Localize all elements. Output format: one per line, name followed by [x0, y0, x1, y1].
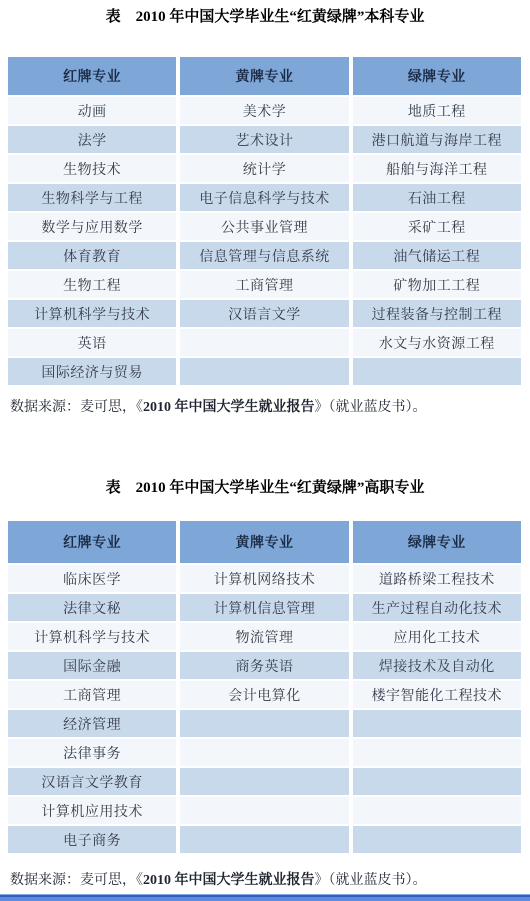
- table-cell: 工商管理: [8, 681, 176, 708]
- table-cell: 过程装备与控制工程: [353, 300, 521, 327]
- source-note-undergraduate: 数据来源：麦可思，《2010 年中国大学生就业报告》（就业蓝皮书）。: [10, 398, 520, 417]
- table-cell: [353, 797, 521, 824]
- header-cell: 绿牌专业: [353, 57, 521, 95]
- table-cell: [180, 710, 348, 737]
- table-cell: 船舶与海洋工程: [353, 155, 521, 182]
- table-cell: [180, 797, 348, 824]
- table-cell: [353, 739, 521, 766]
- table-cell: 法律文秘: [8, 594, 176, 621]
- table-cell: 楼宇智能化工程技术: [353, 681, 521, 708]
- table-cell: 临床医学: [8, 565, 176, 592]
- table-cell: 汉语言文学: [180, 300, 348, 327]
- table-cell: [353, 358, 521, 385]
- source-prefix: 数据来源：麦可思，《: [10, 873, 143, 888]
- table-cell: 计算机应用技术: [8, 797, 176, 824]
- table-vocational: 红牌专业黄牌专业绿牌专业临床医学计算机网络技术道路桥梁工程技术法律文秘计算机信息…: [8, 521, 521, 853]
- table-cell: 道路桥梁工程技术: [353, 565, 521, 592]
- table-cell: 矿物加工工程: [353, 271, 521, 298]
- table-cell: 计算机科学与技术: [8, 300, 176, 327]
- table-cell: 法学: [8, 126, 176, 153]
- table-cell: [180, 739, 348, 766]
- table-cell: 信息管理与信息系统: [180, 242, 348, 269]
- source-book-title: 2010 年中国大学生就业报告: [143, 400, 315, 415]
- table-cell: 物流管理: [180, 623, 348, 650]
- table-cell: 国际经济与贸易: [8, 358, 176, 385]
- table-cell: [180, 768, 348, 795]
- table-title-vocational: 表 2010 年中国大学毕业生“红黄绿牌”高职专业: [0, 480, 530, 497]
- table-cell: 应用化工技术: [353, 623, 521, 650]
- table-cell: 汉语言文学教育: [8, 768, 176, 795]
- table-undergraduate: 红牌专业黄牌专业绿牌专业动画美术学地质工程法学艺术设计港口航道与海岸工程生物技术…: [8, 57, 521, 385]
- source-suffix: 》（就业蓝皮书）。: [315, 873, 427, 888]
- table-cell: [353, 826, 521, 853]
- source-book-title: 2010 年中国大学生就业报告: [143, 873, 315, 888]
- table-cell: 计算机网络技术: [180, 565, 348, 592]
- table-cell: 英语: [8, 329, 176, 356]
- table-section-vocational: 表 2010 年中国大学毕业生“红黄绿牌”高职专业 红牌专业黄牌专业绿牌专业临床…: [0, 480, 530, 890]
- table-cell: 油气储运工程: [353, 242, 521, 269]
- table-cell: 生产过程自动化技术: [353, 594, 521, 621]
- table-cell: [180, 358, 348, 385]
- table-cell: 生物工程: [8, 271, 176, 298]
- table-cell: 统计学: [180, 155, 348, 182]
- table-cell: 艺术设计: [180, 126, 348, 153]
- source-suffix: 》（就业蓝皮书）。: [315, 400, 427, 415]
- table-cell: 经济管理: [8, 710, 176, 737]
- table-cell: 体育教育: [8, 242, 176, 269]
- header-cell: 红牌专业: [8, 521, 176, 563]
- table-cell: 商务英语: [180, 652, 348, 679]
- table-cell: 法律事务: [8, 739, 176, 766]
- table-cell: 生物技术: [8, 155, 176, 182]
- header-cell: 红牌专业: [8, 57, 176, 95]
- table-cell: 国际金融: [8, 652, 176, 679]
- table-cell: 美术学: [180, 97, 348, 124]
- table-cell: [353, 768, 521, 795]
- table-cell: 工商管理: [180, 271, 348, 298]
- table-cell: 生物科学与工程: [8, 184, 176, 211]
- table-cell: 计算机科学与技术: [8, 623, 176, 650]
- table-cell: 电子商务: [8, 826, 176, 853]
- table-cell: 计算机信息管理: [180, 594, 348, 621]
- table-cell: 焊接技术及自动化: [353, 652, 521, 679]
- table-cell: [180, 329, 348, 356]
- table-cell: 动画: [8, 97, 176, 124]
- table-cell: 港口航道与海岸工程: [353, 126, 521, 153]
- table-cell: 采矿工程: [353, 213, 521, 240]
- table-cell: [180, 826, 348, 853]
- table-title-undergraduate: 表 2010 年中国大学毕业生“红黄绿牌”本科专业: [0, 9, 530, 26]
- header-cell: 黄牌专业: [180, 521, 348, 563]
- table-cell: 地质工程: [353, 97, 521, 124]
- table-cell: [353, 710, 521, 737]
- document-page: 表 2010 年中国大学毕业生“红黄绿牌”本科专业 红牌专业黄牌专业绿牌专业动画…: [0, 0, 530, 901]
- table-cell: 水文与水资源工程: [353, 329, 521, 356]
- table-cell: 公共事业管理: [180, 213, 348, 240]
- header-cell: 黄牌专业: [180, 57, 348, 95]
- table-cell: 数学与应用数学: [8, 213, 176, 240]
- table-cell: 会计电算化: [180, 681, 348, 708]
- next-table-top-edge: [0, 894, 530, 901]
- table-cell: 石油工程: [353, 184, 521, 211]
- table-cell: 电子信息科学与技术: [180, 184, 348, 211]
- source-prefix: 数据来源：麦可思，《: [10, 400, 143, 415]
- header-cell: 绿牌专业: [353, 521, 521, 563]
- source-note-vocational: 数据来源：麦可思，《2010 年中国大学生就业报告》（就业蓝皮书）。: [10, 871, 520, 890]
- table-section-undergraduate: 表 2010 年中国大学毕业生“红黄绿牌”本科专业 红牌专业黄牌专业绿牌专业动画…: [0, 9, 530, 417]
